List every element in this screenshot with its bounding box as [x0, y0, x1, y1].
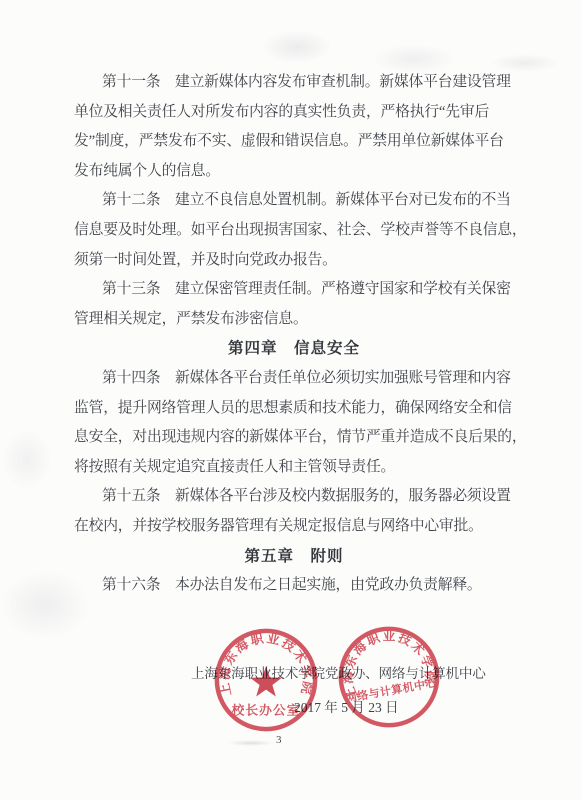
official-seal-president-office: 上海东海职业技术学院 校长办公室	[212, 626, 320, 734]
document-line: 第十五条 新媒体各平台涉及校内数据服务的，服务器必须设置	[74, 482, 514, 512]
document-line: 第十一条 建立新媒体内容发布审查机制。新媒体平台建设管理	[74, 68, 514, 98]
chapter-heading: 第五章 附则	[74, 542, 514, 572]
seal-bottom-text: 校长办公室	[231, 702, 301, 717]
document-line: 第十六条 本办法自发布之日起实施，由党政办负责解释。	[74, 571, 514, 601]
scan-smudge	[262, 30, 332, 64]
document-line: 监管，提升网络管理人员的思想素质和技术能力，确保网络安全和信	[74, 394, 514, 424]
document-line: 第十二条 建立不良信息处置机制。新媒体平台对已发布的不当	[74, 186, 514, 216]
scanned-document-page: 第十一条 建立新媒体内容发布审查机制。新媒体平台建设管理单位及相关责任人对所发布…	[0, 0, 582, 800]
document-line: 管理相关规定，严禁发布涉密信息。	[74, 305, 514, 335]
document-line: 单位及相关责任人对所发布内容的真实性负责，严格执行“先审后	[74, 98, 514, 128]
document-line: 发”制度，严禁发布不实、虚假和错误信息。严禁用单位新媒体平台	[74, 127, 514, 157]
page-number: 3	[276, 734, 282, 746]
official-seal-network-center: 上海东海职业技术学院 网络与计算机中心	[336, 624, 442, 730]
document-line: 息安全，对出现违规内容的新媒体平台，情节严重并造成不良后果的，	[74, 423, 514, 453]
document-line: 第十三条 建立保密管理责任制。严格遵守国家和学校有关保密	[74, 275, 514, 305]
scan-smudge	[2, 430, 52, 490]
document-line: 信息要及时处理。如平台出现损害国家、社会、学校声誉等不良信息，	[74, 216, 514, 246]
document-line: 第十四条 新媒体各平台责任单位必须切实加强账号管理和内容	[74, 364, 514, 394]
document-line: 将按照有关规定追究直接责任人和主管领导责任。	[74, 453, 514, 483]
document-line: 须第一时间处置，并及时向党政办报告。	[74, 246, 514, 276]
document-text-block: 第十一条 建立新媒体内容发布审查机制。新媒体平台建设管理单位及相关责任人对所发布…	[74, 68, 514, 601]
seal-middle-text: 网络与计算机中心	[345, 675, 439, 705]
chapter-heading: 第四章 信息安全	[74, 334, 514, 364]
star-icon	[250, 666, 282, 696]
scan-smudge	[228, 740, 274, 746]
document-line: 发布纯属个人的信息。	[74, 157, 514, 187]
document-line: 在校内，并按学校服务器管理有关规定报信息与网络中心审批。	[74, 512, 514, 542]
